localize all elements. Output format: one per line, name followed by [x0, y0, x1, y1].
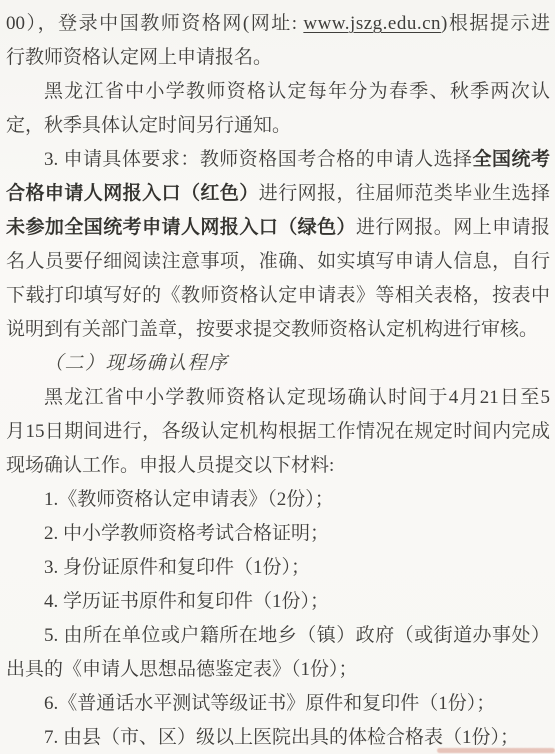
website-url: www.jszg.edu.cn: [303, 13, 441, 34]
text-segment: 4. 学历证书原件和复印件（1份）；: [44, 591, 329, 612]
list-item-3: 3. 身份证原件和复印件（1份）；: [6, 551, 550, 585]
line-requirements-2: 合格申请人网报入口（红色）进行网报，往届师范类毕业生选择: [6, 177, 550, 211]
text-segment: 黑龙江省中小学教师资格认定现场确认时间于4月21日至5: [44, 387, 550, 408]
text-segment: 名人员要仔细阅读注意事项，准确、如实填写申请人信息，自行: [6, 251, 550, 272]
line-requirements-5: 下载打印填写好的《教师资格认定申请表》等相关表格，按表中: [6, 279, 550, 313]
list-item-6: 6.《普通话水平测试等级证书》原件和复印件（1份）；: [6, 687, 550, 721]
list-item-5a: 5. 由所在单位或户籍所在地乡（镇）政府（或街道办事处）: [6, 619, 550, 653]
list-item-2: 2. 中小学教师资格考试合格证明；: [6, 517, 550, 551]
text-segment: 现场确认工作。申报人员提交以下材料:: [6, 455, 334, 476]
line-requirements-6: 说明到有关部门盖章，按要求提交教师资格认定机构进行审核。: [6, 313, 550, 347]
entry-red-bold: 全国统考: [473, 149, 550, 170]
section-heading-text: （二）现场确认程序: [44, 353, 229, 374]
line-seasons-1: 黑龙江省中小学教师资格认定每年分为春季、秋季两次认: [6, 75, 550, 109]
text-segment: 进行网报，往届师范类毕业生选择: [259, 183, 550, 204]
text-segment: 定，秋季具体认定时间另行通知。: [6, 115, 291, 136]
text-segment: 3. 申请具体要求：教师资格国考合格的申请人选择: [44, 149, 473, 170]
line-requirements-3: 未参加全国统考申请人网报入口（绿色）进行网报。网上申请报: [6, 211, 550, 245]
line-requirements-1: 3. 申请具体要求：教师资格国考合格的申请人选择全国统考: [6, 143, 550, 177]
heading-onsite-confirmation: （二）现场确认程序: [6, 347, 550, 381]
text-segment: 2. 中小学教师资格考试合格证明；: [44, 523, 329, 544]
text-segment: 1.《教师资格认定申请表》（2份）；: [44, 489, 334, 510]
text-segment: 00），登录中国教师资格网(网址:: [6, 13, 303, 34]
text-segment: 行教师资格认定网上申请报名。: [6, 47, 272, 68]
text-segment: 出具的《申请人思想品德鉴定表》（1份）；: [6, 659, 358, 680]
line-confirmation-time-3: 现场确认工作。申报人员提交以下材料:: [6, 449, 550, 483]
line-requirements-4: 名人员要仔细阅读注意事项，准确、如实填写申请人信息，自行: [6, 245, 550, 279]
text-segment: 黑龙江省中小学教师资格认定每年分为春季、秋季两次认: [44, 81, 550, 102]
text-segment: )根据提示进: [441, 13, 550, 34]
text-segment: 7. 由县（市、区）级以上医院出具的体检合格表（1份）；: [44, 727, 519, 748]
line-confirmation-time-2: 月15日期间进行，各级认定机构根据工作情况在规定时间内完成: [6, 415, 550, 449]
list-item-4: 4. 学历证书原件和复印件（1份）；: [6, 585, 550, 619]
entry-red-bold: 合格申请人网报入口（红色）: [6, 183, 259, 204]
text-segment: 月15日期间进行，各级认定机构根据工作情况在规定时间内完成: [6, 421, 550, 442]
list-item-1: 1.《教师资格认定申请表》（2份）；: [6, 483, 550, 517]
scan-artifact-smudge: [437, 748, 555, 753]
line-website-intro-2: 行教师资格认定网上申请报名。: [6, 41, 550, 75]
document-page: 00），登录中国教师资格网(网址: www.jszg.edu.cn)根据提示进行…: [0, 0, 555, 754]
list-item-5b: 出具的《申请人思想品德鉴定表》（1份）；: [6, 653, 550, 687]
line-website-intro: 00），登录中国教师资格网(网址: www.jszg.edu.cn)根据提示进: [6, 7, 550, 41]
line-seasons-2: 定，秋季具体认定时间另行通知。: [6, 109, 550, 143]
text-segment: 进行网报。网上申请报: [356, 217, 550, 238]
text-segment: 6.《普通话水平测试等级证书》原件和复印件（1份）；: [44, 693, 495, 714]
text-segment: 说明到有关部门盖章，按要求提交教师资格认定机构进行审核。: [6, 319, 538, 340]
line-confirmation-time-1: 黑龙江省中小学教师资格认定现场确认时间于4月21日至5: [6, 381, 550, 415]
text-segment: 5. 由所在单位或户籍所在地乡（镇）政府（或街道办事处）: [44, 625, 550, 646]
text-segment: 下载打印填写好的《教师资格认定申请表》等相关表格，按表中: [6, 285, 550, 306]
entry-green-bold: 未参加全国统考申请人网报入口（绿色）: [6, 217, 356, 238]
text-segment: 3. 身份证原件和复印件（1份）；: [44, 557, 310, 578]
